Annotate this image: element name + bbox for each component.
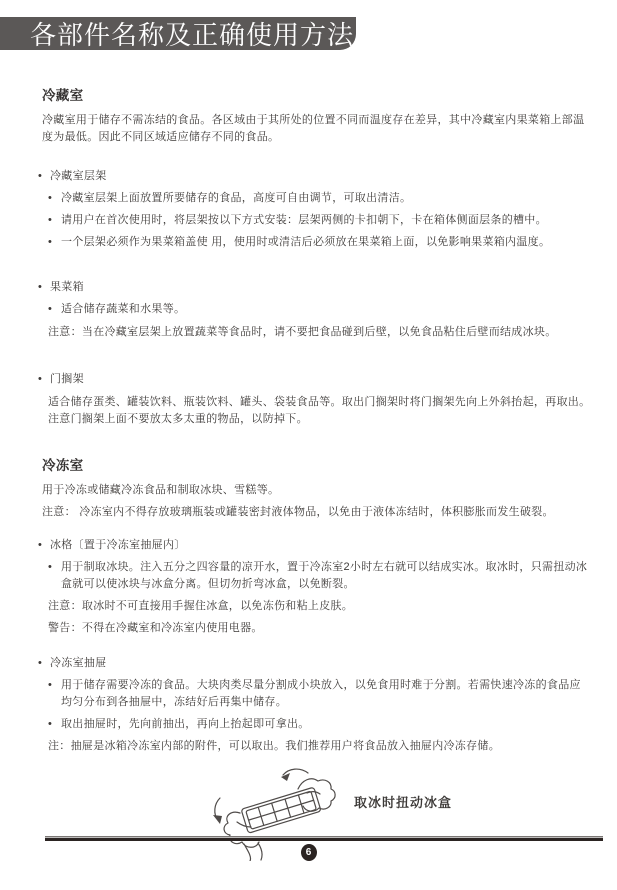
bullet-ice-tray-item: 用于制取冰块。注入五分之四容量的凉开水，置于冷冻室2小时左右就可以结成实冰。取冰… (48, 559, 592, 593)
page-title: 各部件名称及正确使用方法 (30, 15, 354, 52)
crisper-note: 注意：当在冷藏室层架上放置蔬菜等食品时，请不要把食品碰到后壁，以免食品粘住后壁而… (48, 324, 592, 341)
bullet-fridge-shelf-item: 冷藏室层架上面放置所要储存的食品，高度可自由调节，可取出清洁。 (48, 190, 592, 207)
fridge-intro-paragraph: 冷藏室用于储存不需冻结的食品。各区域由于其所处的位置不同而温度存在差异，其中冷藏… (42, 112, 592, 146)
manual-page: 各部件名称及正确使用方法 冷藏室 冷藏室用于储存不需冻结的食品。各区域由于其所处… (0, 0, 617, 890)
ice-tray-note: 注意：取冰时不可直接用手握住冰盒，以免冻伤和粘上皮肤。 (48, 598, 592, 615)
twist-ice-tray-illustration (210, 765, 350, 861)
bullet-ice-tray: 冰格〔置于冷冻室抽屉内〕 (38, 537, 592, 554)
section-fridge: 冷藏室 冷藏室用于储存不需冻结的食品。各区域由于其所处的位置不同而温度存在差异，… (30, 88, 592, 428)
freezer-drawer-note: 注：抽屉是冰箱冷冻室内部的附件，可以取出。我们推荐用户将食品放入抽屉内冷冻存储。 (48, 738, 592, 755)
figure-caption: 取冰时扭动冰盒 (354, 794, 452, 811)
page-number-badge: 6 (301, 844, 317, 861)
fridge-section-title: 冷藏室 (42, 88, 592, 104)
bullet-fridge-shelf-item: 请用户在首次使用时，将层架按以下方式安装：层架两侧的卡扣朝下，卡在箱体侧面层条的… (48, 212, 592, 229)
page-number: 6 (306, 847, 312, 858)
figure: 取冰时扭动冰盒 (210, 765, 592, 861)
bullet-door-rack: 门搁架 (38, 371, 592, 388)
bullet-fridge-shelf-item: 一个层架必须作为果菜箱盖使 用，使用时或清洁后必须放在果菜箱上面，以免影响果菜箱… (48, 234, 592, 251)
bullet-freezer-drawer-item: 用于储存需要冷冻的食品。大块肉类尽量分割成小块放入，以免食用时难于分割。若需快速… (48, 677, 592, 711)
freezer-intro-note: 注意： 冷冻室内不得存放玻璃瓶装或罐装密封液体物品，以免由于液体冻结时，体积膨胀… (42, 504, 592, 521)
freezer-section-title: 冷冻室 (42, 458, 592, 474)
page-content: 冷藏室 冷藏室用于储存不需冻结的食品。各区域由于其所处的位置不同而温度存在差异，… (0, 88, 617, 861)
bullet-crisper-item: 适合储存蔬菜和水果等。 (48, 301, 592, 318)
bullet-freezer-drawer: 冷冻室抽屉 (38, 655, 592, 672)
ice-tray-warning: 警告：不得在冷藏室和冷冻室内使用电器。 (48, 620, 592, 637)
bullet-fridge-shelf: 冷藏室层架 (38, 168, 592, 185)
door-rack-paragraph: 适合储存蛋类、罐装饮料、瓶装饮料、罐头、袋装食品等。取出门搁架时将门搁架先向上外… (48, 394, 592, 428)
freezer-intro-paragraph: 用于冷冻或储藏冷冻食品和制取冰块、雪糕等。 (42, 482, 592, 499)
page-header-banner: 各部件名称及正确使用方法 (0, 17, 356, 50)
bullet-freezer-drawer-item: 取出抽屉时，先向前抽出，再向上抬起即可拿出。 (48, 716, 592, 733)
section-freezer: 冷冻室 用于冷冻或储藏冷冻食品和制取冰块、雪糕等。 注意： 冷冻室内不得存放玻璃… (30, 458, 592, 755)
footer-rule (45, 836, 603, 841)
bullet-crisper: 果菜箱 (38, 279, 592, 296)
